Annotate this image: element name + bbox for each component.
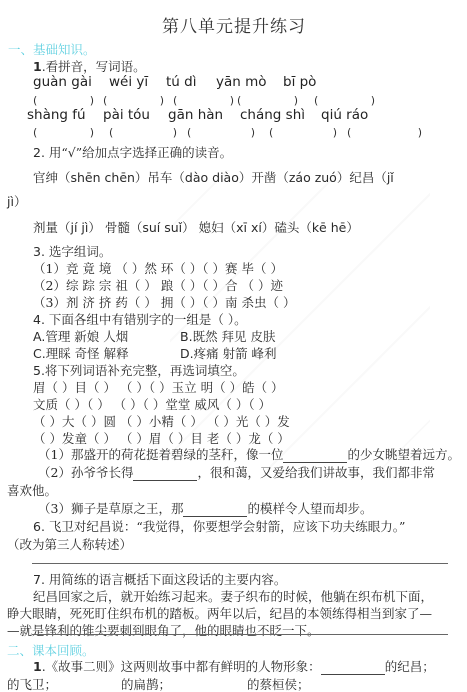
answer-blank[interactable]: ( ) <box>33 126 94 139</box>
question-5: 5.将下列词语补充完整，再选词填空。 <box>33 361 245 379</box>
review-question-1-wrap: 的飞卫；的扁鹊；的蔡桓侯； <box>7 675 438 692</box>
answer-blank[interactable]: ( ) <box>314 94 375 107</box>
option-text: 理睬 奇怪 解释 <box>46 346 129 361</box>
passage-line-3: —就是锋利的锥尖要刺到眼角了，他的眼睛也不眨一下。 <box>7 621 320 639</box>
sentence-text: （2）孙爷爷长得 <box>38 465 133 480</box>
pinyin-word: yān mò <box>216 74 267 90</box>
question-prompt: . 选字组词。 <box>41 244 111 259</box>
question-number: 2 <box>33 145 41 160</box>
page-title: 第八单元提升练习 <box>162 12 306 37</box>
question-2: 2. 用“√”给加点字选择正确的读音。 <box>33 143 232 161</box>
option-label: C. <box>33 346 46 361</box>
section-heading-basics: 一、基础知识。 <box>8 40 96 58</box>
question-1: 1.看拼音，写词语。 <box>33 57 146 75</box>
question-number: 6 <box>33 519 41 534</box>
fill-blank[interactable] <box>183 504 247 517</box>
option-text: 管理 新娘 人烟 <box>45 329 128 344</box>
question-4: 4. 下面各组中有错别字的一组是（ ）。 <box>33 310 247 328</box>
answer-blank[interactable]: ( ) <box>103 94 164 107</box>
option-label: B. <box>180 329 193 344</box>
idiom-row-3[interactable]: （ ）大（ ）圆 （ ）小精（ ） （ ）光（ ）发 <box>33 412 290 430</box>
question-number: 1 <box>33 659 42 674</box>
question-3: 3. 选字组词。 <box>33 242 111 260</box>
answer-blank[interactable]: ( ) <box>109 126 177 139</box>
answer-blank[interactable]: ( ) <box>33 94 94 107</box>
review-question-1: 1.《故事二则》这两则故事中都有鲜明的人物形象：的纪昌； <box>33 657 435 675</box>
fill-blank[interactable] <box>283 450 347 463</box>
sentence-text: 的蔡桓侯； <box>247 677 310 692</box>
pinyin-word: shàng fú <box>27 107 86 123</box>
question-number: 1 <box>33 59 42 74</box>
option-b[interactable]: B.既然 拜见 皮肤 <box>180 327 276 345</box>
sentence-text: 的扁鹊； <box>121 677 171 692</box>
fill-blank[interactable] <box>321 662 385 675</box>
pinyin-word: wéi yī <box>109 74 148 90</box>
sentence-text: 的少女眺望着远方。 <box>347 447 460 462</box>
sentence-text: （1）那盛开的荷花挺着碧绿的茎秆，像一位 <box>38 447 283 462</box>
sentence-text: 的飞卫； <box>7 677 57 692</box>
pinyin-word: bī pò <box>283 74 316 90</box>
word-choice-row-2[interactable]: （2）综 踪 宗 祖（ ） 踉（ ）（ ）合 （ ）迹 <box>33 276 283 294</box>
option-label: D. <box>180 346 194 361</box>
question-prompt: . 下面各组中有错别字的一组是（ ）。 <box>41 312 247 327</box>
option-text: 疼痛 射箭 峰利 <box>194 346 277 361</box>
question-prompt: .《故事二则》这两则故事中都有鲜明的人物形象： <box>42 659 321 674</box>
fill-blank[interactable] <box>133 468 197 481</box>
worksheet-page: 第八单元提升练习 一、基础知识。 1.看拼音，写词语。 guàn gài wéi… <box>0 0 467 692</box>
word-choice-row-3[interactable]: （3）剂 济 挤 药（ ） 拥（ ）（ ）南 杀虫（ ） <box>33 293 295 311</box>
question-6-note: （改为第三人称转述） <box>7 535 132 553</box>
fill-sentence-3: （3）狮子是草原之王，那的模样令人望而却步。 <box>38 499 372 517</box>
option-label: A. <box>33 329 45 344</box>
pinyin-word: cháng shì <box>240 107 305 123</box>
question-7: 7. 用简练的语言概括下面这段话的主要内容。 <box>33 570 286 588</box>
fill-blank[interactable] <box>310 680 438 692</box>
option-d[interactable]: D.疼痛 射箭 峰利 <box>180 344 277 362</box>
pronunciation-choices-line-1-wrap[interactable]: jì） <box>7 192 26 210</box>
question-number: 7 <box>33 572 41 587</box>
answer-blank[interactable]: ( ) <box>173 94 234 107</box>
passage-line-1: 纪昌回家之后，就开始练习起来。妻子织布的时候，他躺在织布机下面， <box>33 587 433 605</box>
sentence-text: 的模样令人望而却步。 <box>247 501 372 516</box>
fill-sentence-2: （2）孙爷爷长得，很和蔼，又爱给我们讲故事，我们都非常 <box>38 463 435 481</box>
pinyin-word: pài tóu <box>103 107 150 123</box>
question-prompt: . 用“√”给加点字选择正确的读音。 <box>41 145 232 160</box>
fill-blank[interactable] <box>57 680 121 692</box>
pinyin-word: qiú ráo <box>321 107 368 123</box>
option-text: 既然 拜见 皮肤 <box>193 329 276 344</box>
passage-line-2: 睁大眼睛，死死盯住织布机的踏板。两年以后，纪昌的本领练得相当到家了— <box>7 604 432 622</box>
fill-sentence-1: （1）那盛开的荷花挺着碧绿的茎秆，像一位的少女眺望着远方。 <box>38 445 460 463</box>
option-a[interactable]: A.管理 新娘 人烟 <box>33 327 128 345</box>
pronunciation-choices-line-2[interactable]: 剂量（jí jì） 骨髓（suí suǐ） 媳妇（xī xí）磕头（kē hē） <box>33 218 359 236</box>
word-choice-row-1[interactable]: （1）竞 竟 境 （ ）然 环（ ）（ ）赛 毕（ ） <box>33 259 283 277</box>
question-number: 4 <box>33 312 41 327</box>
pronunciation-choices-line-1[interactable]: 官绅（shēn chēn）吊车（dào diào）开凿（záo zuó）纪昌（j… <box>33 168 394 186</box>
question-prompt: .将下列词语补充完整，再选词填空。 <box>41 363 245 378</box>
question-prompt: . 飞卫对纪昌说：“我觉得，你要想学会射箭，应该下功夫练眼力。” <box>41 519 405 534</box>
question-prompt: . 用简练的语言概括下面这段话的主要内容。 <box>41 572 286 587</box>
answer-blank[interactable]: ( ) <box>187 126 255 139</box>
idiom-row-1[interactable]: 眉（ ）目（ ） （ ）（ ）玉立 明（ ）皓（ ） <box>33 378 284 396</box>
sentence-text: 的纪昌； <box>385 659 435 674</box>
idiom-row-2[interactable]: 文质（ ）（ ） （ ）（ ）堂堂 威风（ ）（ ） <box>33 395 271 413</box>
answer-blank[interactable]: ( ) <box>237 94 298 107</box>
pinyin-word: gān hàn <box>168 107 223 123</box>
answer-line-q7[interactable] <box>32 634 448 635</box>
sentence-text: ，很和蔼，又爱给我们讲故事，我们都非常 <box>197 465 435 480</box>
sentence-text: （3）狮子是草原之王，那 <box>38 501 183 516</box>
answer-blank[interactable]: ( ) <box>347 126 422 139</box>
pinyin-word: guàn gài <box>33 74 92 90</box>
fill-blank[interactable] <box>171 680 247 692</box>
answer-blank[interactable]: ( ) <box>269 126 337 139</box>
question-6: 6. 飞卫对纪昌说：“我觉得，你要想学会射箭，应该下功夫练眼力。” <box>33 517 405 535</box>
fill-sentence-2-wrap: 喜欢他。 <box>7 481 57 499</box>
answer-line-q6[interactable] <box>32 563 448 564</box>
option-c[interactable]: C.理睬 奇怪 解释 <box>33 344 129 362</box>
question-prompt: .看拼音，写词语。 <box>42 59 146 74</box>
question-number: 3 <box>33 244 41 259</box>
question-number: 5 <box>33 363 41 378</box>
pinyin-word: tú dì <box>166 74 196 90</box>
